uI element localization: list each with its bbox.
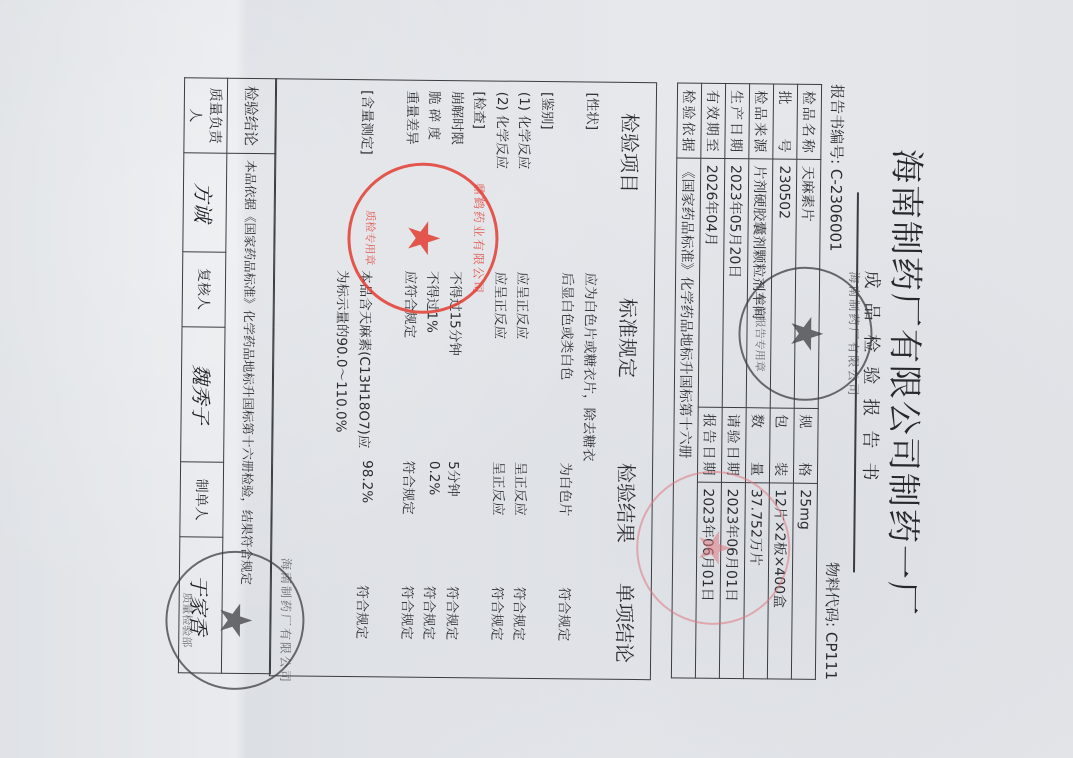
- quantity-label: 数量: [745, 407, 770, 482]
- star-icon: ★: [783, 314, 827, 354]
- preparer-label: 制单人: [179, 462, 223, 537]
- result-conclusion: 符合规定: [555, 587, 576, 641]
- result-item: 崩解时限: [448, 91, 469, 145]
- result-item: (1) 化学反应: [515, 92, 536, 170]
- result-standard: 应为白色片或糖衣片，除去糖衣: [580, 272, 602, 461]
- reviewer-signature: 魏秀子: [180, 326, 224, 462]
- seal-ring-text: 海南制药厂有限公司: [844, 269, 862, 399]
- result-result: 5分钟: [444, 461, 464, 497]
- result-item: [性状]: [583, 92, 603, 130]
- result-item: 脆 碎 度: [425, 91, 446, 140]
- result-conclusion: 符合规定: [443, 586, 464, 640]
- result-conclusion: 符合规定: [420, 586, 441, 640]
- result-result: 呈正反应: [512, 462, 533, 516]
- seal-bottom-text: 质量检验部: [178, 552, 195, 687]
- material-code: 物料代码: CP111: [819, 562, 842, 680]
- spec-value: 25mg: [791, 483, 817, 680]
- result-standard: 应呈正反应: [513, 272, 534, 340]
- batch-label: 批号: [772, 84, 797, 159]
- results-table: 检验项目 标准规定 检验结果 单项结论 [性状]应为白色片或糖衣片，除去糖衣后显…: [268, 78, 656, 680]
- material-code-value: CP111: [821, 632, 840, 680]
- report-number-label: 报告书编号:: [827, 84, 846, 164]
- result-item: [鉴别]: [538, 92, 558, 130]
- result-result: 符合规定: [399, 461, 420, 515]
- result-conclusion: 符合规定: [510, 587, 531, 641]
- product-name-label: 检品名称: [796, 84, 821, 159]
- result-item: [检查]: [471, 91, 491, 129]
- result-result: 0.2%: [426, 461, 442, 495]
- result-result: 98.2%: [358, 460, 374, 503]
- result-item: (2) 化学反应: [493, 92, 514, 170]
- red-qc-seal: 鼎鹤药业有限公司 ★ 质检专用章: [346, 162, 499, 315]
- spec-label: 规格: [793, 408, 818, 483]
- reviewer-label: 复核人: [182, 251, 226, 326]
- star-icon: ★: [212, 600, 256, 640]
- star-icon: ★: [691, 528, 735, 568]
- seal-ring-text: 海南制药厂有限公司: [276, 553, 294, 688]
- star-icon: ★: [400, 218, 444, 258]
- result-conclusion: 符合规定: [398, 586, 419, 640]
- result-conclusion: 符合规定: [488, 587, 509, 641]
- quality-head-signature: 方诚: [182, 153, 226, 252]
- production-date-label: 生产日期: [724, 83, 749, 158]
- report-number-value: C-2306001: [826, 169, 845, 252]
- expiry-label: 有效期至: [700, 83, 725, 158]
- seal-bottom-text: 质检专用章: [361, 165, 379, 310]
- result-standard: 为标示量的90.0～110.0%: [332, 270, 354, 433]
- quality-head-label: 质量负责人: [183, 78, 227, 153]
- result-result: 呈正反应: [489, 462, 510, 516]
- material-code-label: 物料代码:: [822, 562, 841, 627]
- header-item: 检验项目: [615, 113, 645, 193]
- result-item: [含量测定]: [358, 90, 379, 155]
- pink-date-seal: ★: [635, 470, 791, 626]
- report-number: 报告书编号: C-2306001: [824, 84, 848, 252]
- header-conclusion: 单项结论: [611, 583, 641, 663]
- inspection-report-sheet: 海南制药厂有限公司制药一厂 成品检验报告书 报告书编号: C-2306001 物…: [83, 0, 991, 758]
- company-inspection-seal: 海南制药厂有限公司 ★ 检验报告专用章: [737, 266, 872, 401]
- production-date-value: 2023年05月20日: [722, 158, 749, 407]
- result-item: 重量差异: [403, 91, 424, 145]
- seal-ring-text: 鼎鹤药业有限公司: [469, 166, 488, 311]
- package-label: 包装: [769, 408, 794, 483]
- source-label: 检品来源: [748, 84, 773, 159]
- company-title: 海南制药厂有限公司制药一厂: [879, 3, 936, 758]
- quality-dept-seal: 海南制药厂有限公司 ★ 质量检验部: [164, 550, 304, 690]
- result-result: 为白色片: [557, 462, 578, 516]
- conclusion-label: 检验结论: [226, 78, 276, 154]
- header-standard: 标准规定: [614, 298, 644, 378]
- basis-label: 检验依据: [676, 83, 701, 158]
- result-conclusion: 符合规定: [353, 585, 374, 639]
- result-standard: 应呈正反应: [491, 272, 512, 340]
- result-standard: 后显白色或类白色: [558, 272, 579, 380]
- seal-center-text: 检验报告专用章: [751, 268, 768, 398]
- expiry-value: 2026年04月: [698, 158, 725, 407]
